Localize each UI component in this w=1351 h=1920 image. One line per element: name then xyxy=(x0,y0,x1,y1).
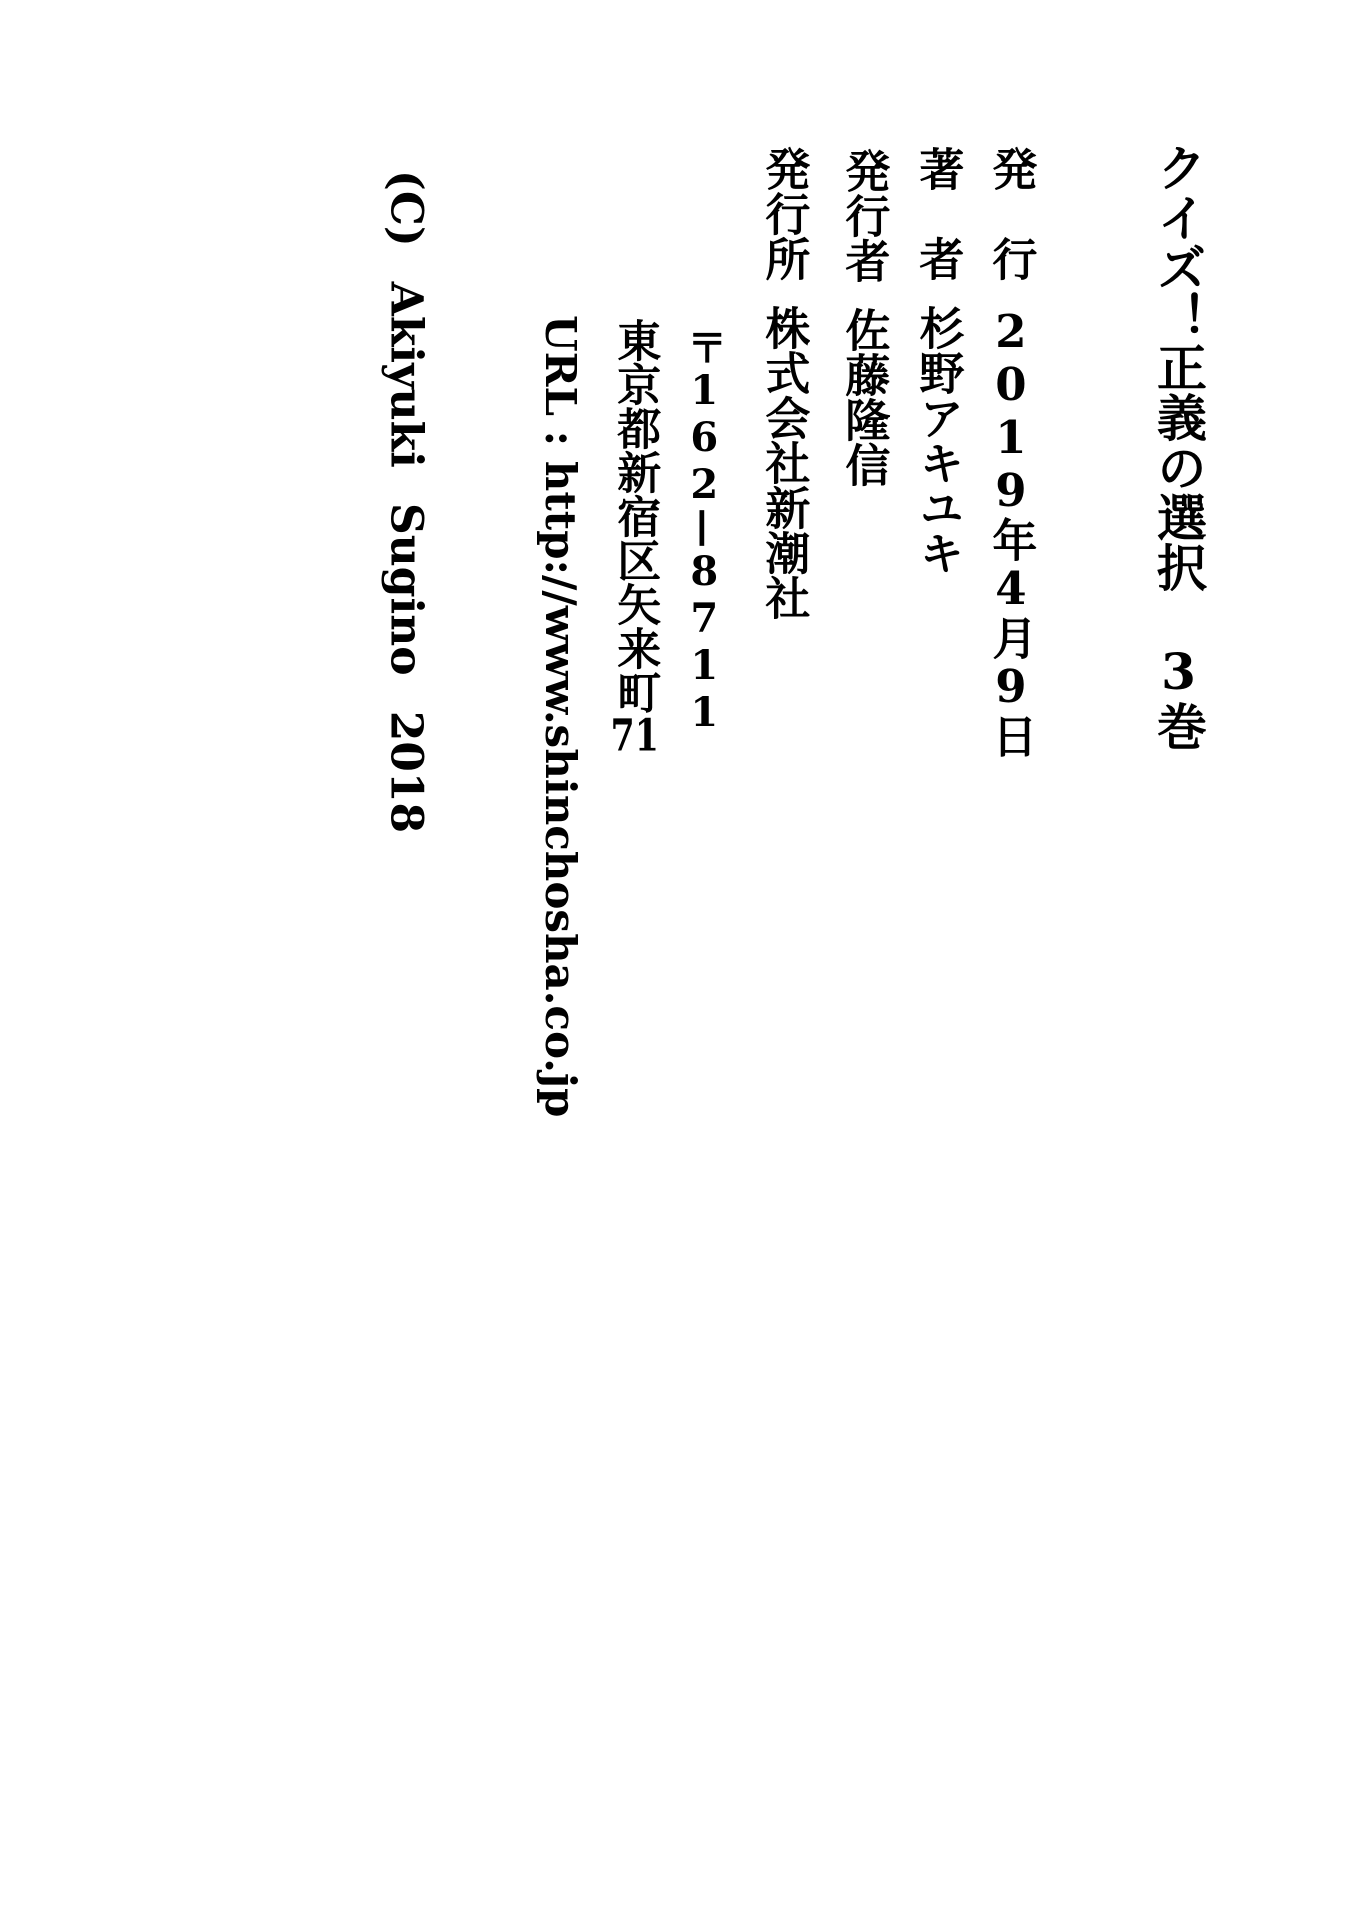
postal-prefix: 〒162 xyxy=(681,327,728,508)
author-name: 杉野アキユキ xyxy=(911,305,964,575)
colophon-page: クイズ！正義の選択 3巻 発 行2019年4月9日 著 者杉野アキユキ 発行者佐… xyxy=(0,0,1351,1920)
author-label: 著 者 xyxy=(911,146,964,281)
publisher-company-label: 発行所 xyxy=(757,146,810,281)
author-row: 著 者杉野アキユキ xyxy=(912,146,962,575)
publisher-person-label: 発行者 xyxy=(837,148,890,283)
publish-date-row: 発 行2019年4月9日 xyxy=(985,146,1035,758)
address-main: 東京都新宿区矢来町 xyxy=(609,318,660,714)
publisher-person-row: 発行者佐藤隆信 xyxy=(838,148,888,487)
postal-code: 〒162—8711 xyxy=(681,327,726,736)
publish-date-value: 2019年4月9日 xyxy=(984,305,1037,758)
publisher-company-name: 株式会社新潮社 xyxy=(757,305,810,620)
book-title: クイズ！正義の選択 3巻 xyxy=(1150,142,1206,751)
publisher-company-row: 発行所株式会社新潮社 xyxy=(758,146,808,620)
publish-date-label: 発 行 xyxy=(984,146,1037,281)
copyright-notice: (C) Akiyuki Sugino 2018 xyxy=(381,170,430,833)
postal-suffix: 8711 xyxy=(681,548,728,736)
publisher-address: 東京都新宿区矢来町71 xyxy=(610,318,659,758)
publisher-url: URL : http://www.shinchosha.co.jp xyxy=(537,315,584,1117)
postal-dash: — xyxy=(681,508,728,548)
publisher-person-name: 佐藤隆信 xyxy=(837,307,890,487)
address-number: 71 xyxy=(609,714,660,758)
